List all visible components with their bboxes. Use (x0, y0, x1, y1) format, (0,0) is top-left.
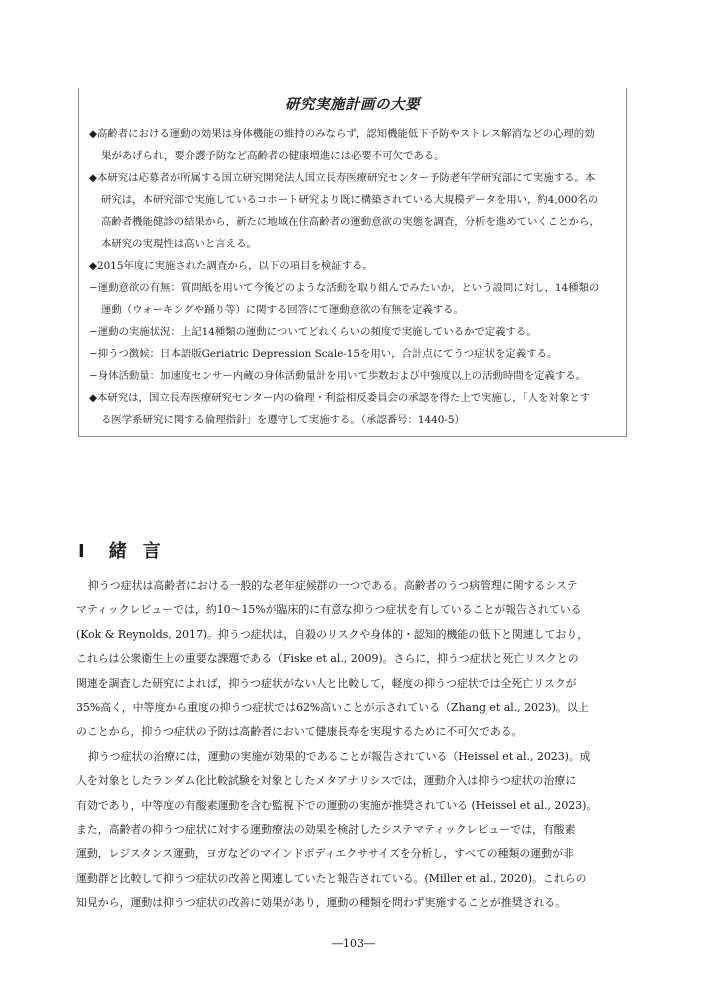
summary-line: ◆高齢者における運動の効果は身体機能の維持のみならず，認知機能低下予防やストレス… (89, 123, 618, 145)
body-line: 運動，レジスタンス運動，ヨガなどのマインドボディエクササイズを分析し，すべての種… (76, 842, 628, 866)
page-number: ―103― (0, 937, 707, 950)
section-title-char: 言 (143, 541, 163, 562)
body-line: 抑うつ症状は高齢者における一般的な老年症候群の一つである。高齢者のうつ病管理に関… (76, 574, 628, 598)
body-line: 知見から，運動は抑うつ症状の改善に効果があり，運動の種類を問わず実施することが推… (76, 891, 628, 915)
summary-line: ◆本研究は応募者が所属する国立研究開発法人国立長寿医療研究センター予防老年学研究… (89, 167, 618, 189)
body-line: 35%高く，中等度から重度の抑うつ症状では62%高いことが示されている（Zhan… (76, 696, 628, 720)
summary-line: 運動（ウォーキングや踊り等）に関する回答にて運動意欲の有無を定義する。 (89, 299, 618, 321)
body-line: のことから，抑うつ症状の予防は高齢者において健康長寿を実現するために不可欠である… (76, 720, 628, 744)
body-line: 人を対象としたランダム化比較試験を対象としたメタアナリシスでは，運動介入は抑うつ… (76, 769, 628, 793)
body-line: これらは公衆衛生上の重要な課題である（Fiske et al., 2009)。さ… (76, 647, 628, 671)
body-line: 抑うつ症状の治療には，運動の実施が効果的であることが報告されている（Heisse… (76, 745, 628, 769)
summary-line: −抑うつ徴候：日本語版Geriatric Depression Scale-15… (89, 343, 618, 365)
research-plan-summary-box: 研究実施計画の大要 ◆高齢者における運動の効果は身体機能の維持のみならず，認知機… (78, 88, 627, 437)
summary-line: 高齢者機能健診の結果から，新たに地域在住高齢者の運動意欲の実態を調査，分析を進め… (89, 211, 618, 233)
body-line: また，高齢者の抑うつ症状に対する運動療法の効果を検討したシステマティックレビュー… (76, 818, 628, 842)
section-heading-introduction: Ⅰ緒言 (78, 537, 163, 563)
summary-box-title: 研究実施計画の大要 (79, 93, 626, 114)
summary-line: 研究は，本研究部で実施しているコホート研究より既に構築されている大規模データを用… (89, 189, 618, 211)
introduction-body: 抑うつ症状は高齢者における一般的な老年症候群の一つである。高齢者のうつ病管理に関… (76, 574, 628, 916)
summary-line: −身体活動量：加速度センサー内蔵の身体活動量計を用いて歩数および中強度以上の活動… (89, 365, 618, 387)
body-line: 関連を調査した研究によれば，抑うつ症状がない人と比較して，軽度の抑うつ症状では全… (76, 672, 628, 696)
body-line: マティックレビューでは，約10〜15%が臨床的に有意な抑うつ症状を有していること… (76, 598, 628, 622)
summary-line: 果があげられ，要介護予防など高齢者の健康増進には必要不可欠である。 (89, 145, 618, 167)
section-title-char: 緒 (109, 541, 129, 562)
body-line: (Kok & Reynolds, 2017)。抑うつ症状は，自殺のリスクや身体的… (76, 623, 628, 647)
summary-line: ◆本研究は，国立長寿医療研究センター内の倫理・利益相反委員会の承認を得た上で実施… (89, 387, 618, 409)
summary-line: ◆2015年度に実施された調査から，以下の項目を検証する。 (89, 255, 618, 277)
summary-line: 本研究の実現性は高いと言える。 (89, 233, 618, 255)
summary-line: る医学系研究に関する倫理指針」を遵守して実施する。（承認番号：1440-5） (89, 409, 618, 431)
section-number: Ⅰ (78, 541, 87, 562)
body-line: 有効であり，中等度の有酸素運動を含む監視下での運動の実施が推奨されている (He… (76, 794, 628, 818)
summary-line: −運動意欲の有無：質問紙を用いて今後どのような活動を取り組んでみたいか，という設… (89, 277, 618, 299)
body-line: 運動群と比較して抑うつ症状の改善と関連していたと報告されている。(Miller … (76, 867, 628, 891)
summary-line: −運動の実施状況：上記14種類の運動についてどれくらいの頻度で実施しているかで定… (89, 321, 618, 343)
summary-box-body: ◆高齢者における運動の効果は身体機能の維持のみならず，認知機能低下予防やストレス… (89, 123, 618, 431)
